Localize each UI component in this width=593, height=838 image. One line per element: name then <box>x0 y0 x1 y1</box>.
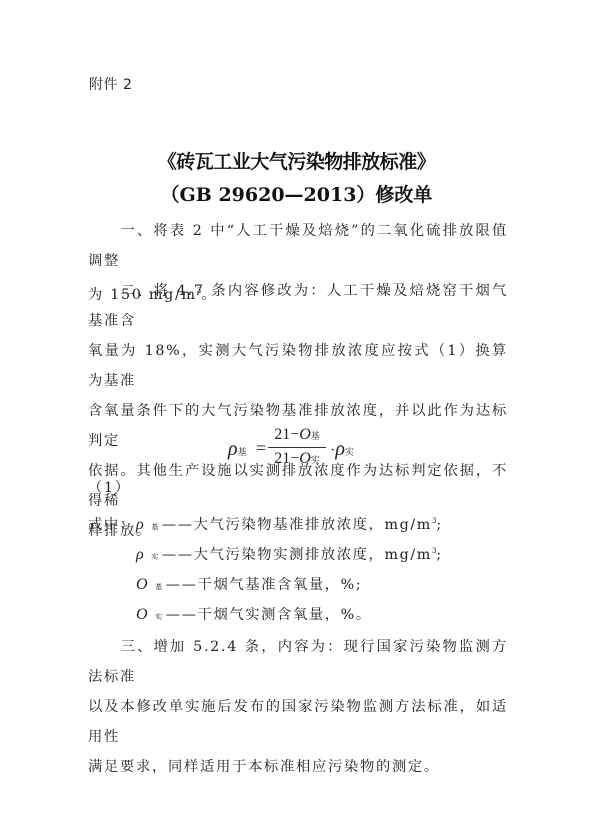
fraction-bar <box>268 447 326 448</box>
definition-intro: 式中： <box>88 514 136 534</box>
paragraph-2: 二、将 4.7 条内容修改为：人工干燥及焙烧窑干烟气基准含 氧量为 18%，实测… <box>88 276 508 546</box>
definition-item: 式中：ρ基——大气污染物基准排放浓度，mg/m3; <box>88 514 443 534</box>
document-title-line2: （GB 29620—2013）修改单 <box>0 180 593 207</box>
definition-item: ρ实——大气污染物实测排放浓度，mg/m3; <box>88 544 443 564</box>
formula-rhs: ·ρ实 <box>330 438 354 461</box>
paragraph-3-line: 三、增加 5.2.4 条，内容为：现行国家污染物监测方法标准 <box>88 632 508 692</box>
formula-lhs: ρ基 <box>228 438 247 461</box>
paragraph-2-line: 氧量为 18%，实测大气污染物排放浓度应按式（1）换算为基准 <box>88 336 508 396</box>
formula-denominator: 21−O实 <box>268 450 326 470</box>
paragraph-3-line: 满足要求，同样适用于本标准相应污染物的测定。 <box>88 752 508 782</box>
document-title-line1: 《砖瓦工业大气污染物排放标准》 <box>0 147 593 174</box>
definition-item: O实——干烟气实测含氧量，%。 <box>88 604 372 624</box>
definition-item: O基——干烟气基准含氧量，%; <box>88 574 362 594</box>
paragraph-3-line: 以及本修改单实施后发布的国家污染物监测方法标准，如适用性 <box>88 692 508 752</box>
formula-numerator: 21−O基 <box>268 426 326 446</box>
attachment-label: 附件 2 <box>89 74 132 94</box>
equation-number: （1） <box>88 477 131 497</box>
paragraph-3: 三、增加 5.2.4 条，内容为：现行国家污染物监测方法标准 以及本修改单实施后… <box>88 632 508 782</box>
paragraph-1-line1: 一、将表 2 中“人工干燥及焙烧”的二氧化硫排放限值调整 <box>88 216 508 276</box>
formula-fraction: 21−O基 21−O实 <box>268 426 326 470</box>
formula: ρ基 = 21−O基 21−O实 ·ρ实 <box>228 426 408 474</box>
formula-equals: = <box>256 438 266 459</box>
paragraph-2-line: 二、将 4.7 条内容修改为：人工干燥及焙烧窑干烟气基准含 <box>88 276 508 336</box>
